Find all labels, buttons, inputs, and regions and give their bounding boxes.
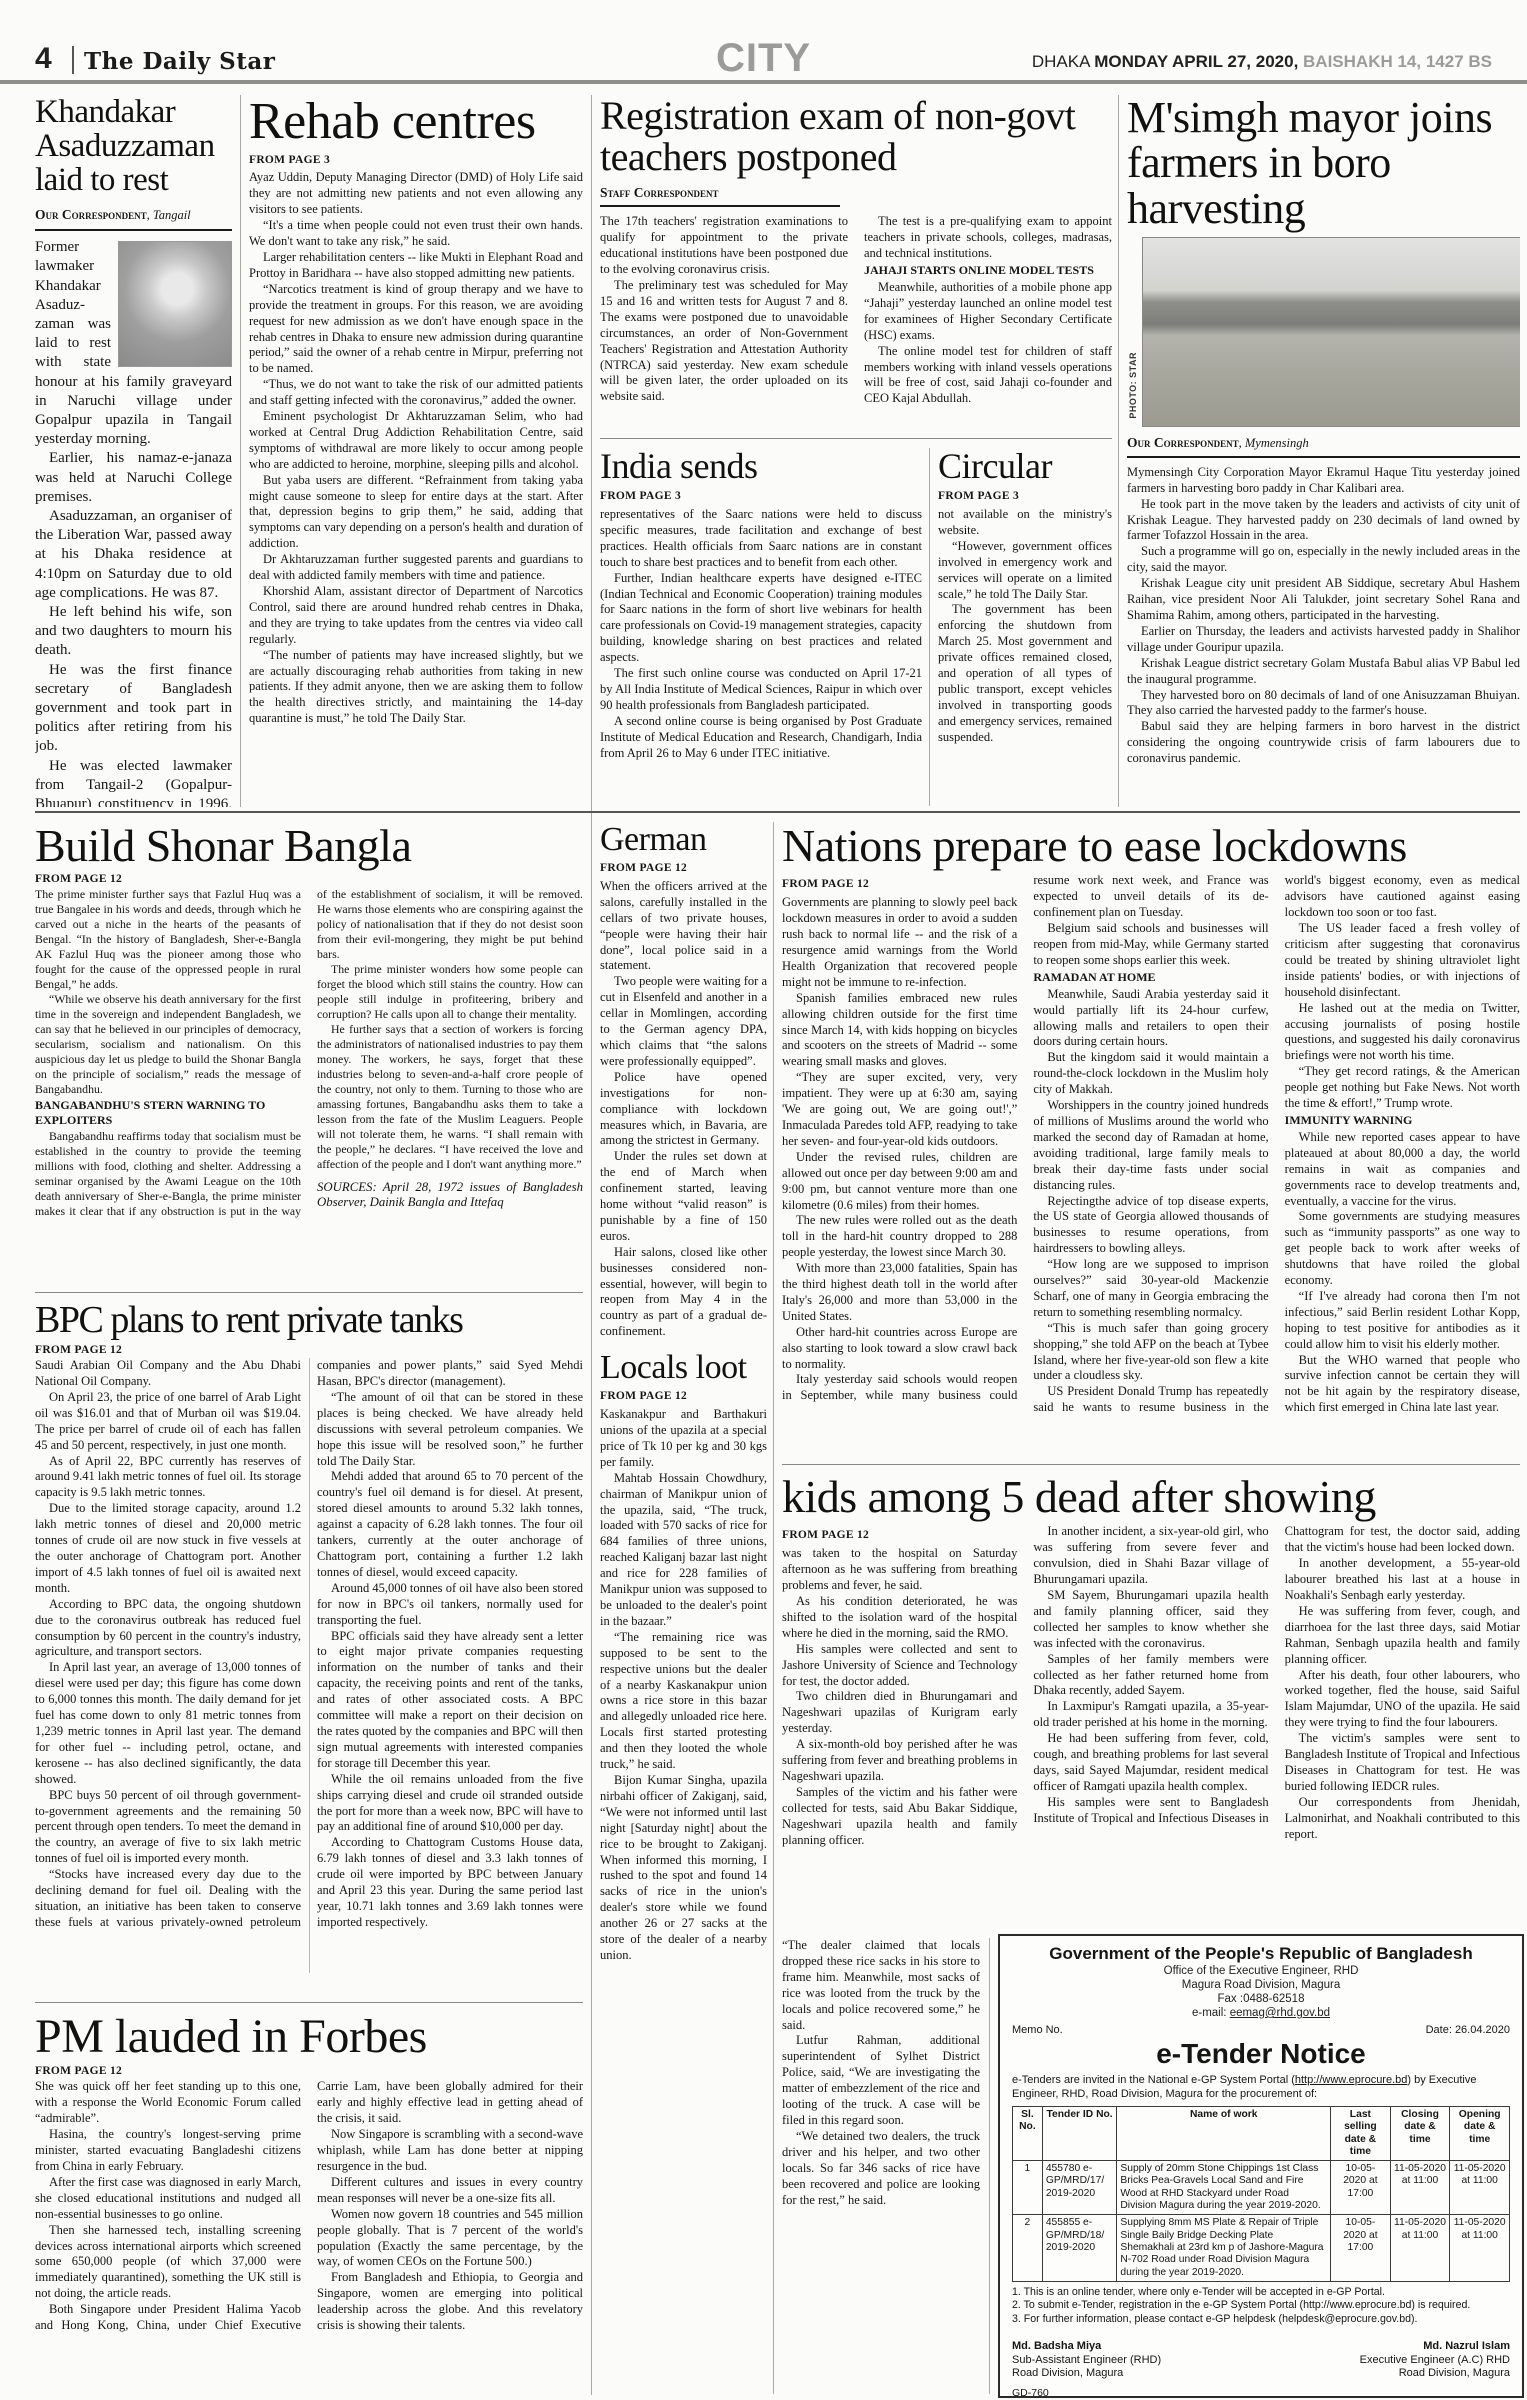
paragraph: As his condition deteriorated, he was sh… [782, 1594, 1017, 1642]
paragraph: As of April 22, BPC currently has reserv… [35, 1454, 301, 1502]
paragraph: Ayaz Uddin, Deputy Managing Director (DM… [249, 170, 583, 218]
photo-wrapper: PHOTO: STAR [1127, 237, 1520, 427]
from-page-label: FROM PAGE 3 [249, 153, 583, 169]
paragraph: The US leader faced a fresh volley of cr… [1285, 921, 1520, 1001]
article-body: representatives of the Saarc nations wer… [600, 507, 922, 762]
paragraph: Lutfur Rahman, additional superintendent… [782, 2033, 980, 2128]
paragraph: After the first case was diagnosed in ea… [35, 2175, 301, 2223]
article-pm-forbes: PM lauded in Forbes FROM PAGE 12 She was… [35, 2012, 583, 2394]
paragraph: Worshippers in the country joined hundre… [1033, 1098, 1268, 1193]
article-paragraphs: was taken to the hospital on Saturday af… [782, 1524, 1520, 1848]
paragraph: Now Singapore is scrambling with a secon… [317, 2127, 583, 2175]
article-body: Ayaz Uddin, Deputy Managing Director (DM… [249, 170, 583, 727]
paragraph: He further says that a section of worker… [317, 1022, 583, 1172]
cell-closing: 11-05-2020 at 11:00 [1390, 2161, 1450, 2215]
masthead-bar: 4 The Daily Star CITY DHAKA MONDAY APRIL… [0, 40, 1527, 84]
paragraph: Eminent psychologist Dr Akhtaruzzaman Se… [249, 409, 583, 473]
paragraph: Earlier, his namaz-e-janaza was held at … [35, 449, 232, 507]
byline-name: Our Correspondent [1127, 435, 1239, 450]
byline: Our CorrespondentTangail [35, 205, 232, 231]
paragraph: Women now govern 18 countries and 545 mi… [317, 2207, 583, 2271]
tender-division: Magura Road Division, Magura [1012, 1978, 1510, 1992]
paragraph: Dr Akhtaruzzaman further suggested paren… [249, 552, 583, 584]
cell-opening: 11-05-2020 at 11:00 [1450, 2161, 1510, 2215]
paragraph: “Narcotics treatment is kind of group th… [249, 282, 583, 377]
tender-note: 1. This is an online tender, where only … [1012, 2286, 1510, 2300]
article-subhead: BANGABANDHU'S STERN WARNING TO EXPLOITER… [35, 1098, 301, 1128]
from-page-label: FROM PAGE 12 [782, 1528, 1017, 1544]
paragraph: Then she harnessed tech, installing scre… [35, 2223, 301, 2303]
paragraph: SM Sayem, Bhurungamari upazila health an… [1033, 1588, 1268, 1652]
paragraph: Two people were waiting for a cut in Els… [600, 974, 767, 1069]
paragraph: “If I've already had corona then I'm not… [1285, 1289, 1520, 1353]
article-subhead: JAHAJI STARTS ONLINE MODEL TESTS [864, 263, 1112, 279]
paragraph: The online model test for children of st… [864, 344, 1112, 408]
paragraph: “It's a time when people could not even … [249, 218, 583, 250]
paragraph: In another incident, a six-year-old girl… [1033, 1524, 1268, 1588]
tender-title: e-Tender Notice [1012, 2038, 1510, 2070]
paragraph: The 17th teachers' registration examinat… [600, 214, 848, 278]
paragraph: Spanish families embraced new rules allo… [782, 991, 1017, 1071]
paragraph: “The number of patients may have increas… [249, 648, 583, 728]
tender-email-line: e-mail: eemag@rhd.gov.bd [1012, 2006, 1510, 2020]
paragraph: Two children died in Bhurungamari and Na… [782, 1689, 1017, 1737]
paragraph: His samples were collected and sent to J… [782, 1642, 1017, 1690]
article-nations-lockdowns: Nations prepare to ease lockdowns FROM P… [782, 822, 1520, 1460]
boro-harvesting-photo [1142, 237, 1520, 427]
from-page-label: FROM PAGE 12 [600, 1389, 767, 1405]
article-body: “The dealer claimed that locals dropped … [782, 1938, 980, 2208]
paragraph: was taken to the hospital on Saturday af… [782, 1546, 1017, 1594]
paragraph: Mahtab Hossain Chowdhury, chairman of Ma… [600, 1471, 767, 1630]
paragraph: While the oil remains unloaded from the … [317, 1772, 583, 1836]
signer-name: Md. Badsha Miya [1012, 2340, 1161, 2354]
paragraph: After his death, four other labourers, w… [1285, 1668, 1520, 1732]
cell-closing: 11-05-2020 at 11:00 [1390, 2215, 1450, 2281]
article-build-shonar-bangla: Build Shonar Bangla FROM PAGE 12 The pri… [35, 822, 583, 1284]
paragraph: not available on the ministry's website. [938, 507, 1112, 539]
article-body: The prime minister further says that Faz… [35, 887, 583, 1267]
paragraph: “They get record ratings, & the American… [1285, 1064, 1520, 1112]
paragraph: While new reported cases appear to have … [1285, 1130, 1520, 1210]
paragraph: “Thus, we do not want to take the risk o… [249, 377, 583, 409]
paragraph: He left behind his wife, son and two dau… [35, 603, 232, 661]
paragraph: The new rules were rolled out as the dea… [782, 1213, 1017, 1261]
byline-place: Tangail [147, 208, 191, 222]
dateline-bangla: BAISHAKH 14, 1427 BS [1303, 52, 1492, 71]
paragraph: Hair salons, closed like other businesse… [600, 1245, 767, 1340]
article-body: The 17th teachers' registration examinat… [600, 214, 1112, 414]
paragraph: In another development, a 55-year-old la… [1285, 1556, 1520, 1604]
from-page-label: FROM PAGE 12 [782, 877, 1017, 893]
etender-notice-ad: Government of the People's Republic of B… [998, 1934, 1524, 2398]
paragraph: From Bangladesh and Ethiopia, to Georgia… [317, 2270, 583, 2334]
paragraph: He was the first finance secretary of Ba… [35, 661, 232, 757]
paragraph: “How long are we supposed to imprison ou… [1033, 1257, 1268, 1321]
paragraph: Asaduzzaman, an organiser of the Liberat… [35, 507, 232, 603]
tender-signature-right: Md. Nazrul Islam Executive Engineer (A.C… [1360, 2340, 1510, 2398]
paragraph: The prime minister further says that Faz… [35, 887, 301, 992]
paragraph: In April last year, an average of 13,000… [35, 1660, 301, 1787]
article-kids-among-5-dead: kids among 5 dead after showing FROM PAG… [782, 1473, 1520, 1929]
paragraph: A second online course is being organise… [600, 714, 922, 762]
tender-note: 2. To submit e-Tender, registration in t… [1012, 2299, 1510, 2313]
paragraph: They harvested boro on 80 decimals of la… [1127, 688, 1520, 720]
paragraph: But yaba users are different. “Refrainme… [249, 473, 583, 553]
paragraph: BPC buys 50 percent of oil through gover… [35, 1788, 301, 1868]
paragraph: The government has been enforcing the sh… [938, 602, 1112, 745]
paragraph: Other hard-hit countries across Europe a… [782, 1325, 1017, 1373]
col-header-opening: Opening date & time [1450, 2107, 1510, 2161]
article-headline: German [600, 822, 767, 857]
column-rule [929, 448, 930, 806]
article-headline: Rehab centres [249, 95, 583, 149]
cell-opening: 11-05-2020 at 11:00 [1450, 2215, 1510, 2281]
article-locals-loot: Locals loot FROM PAGE 12 Kaskanakpur and… [600, 1350, 767, 1964]
paragraph: Larger rehabilitation centers -- like Mu… [249, 250, 583, 282]
tender-table-row: 1 455780 e-GP/MRD/17/ 2019-2020 Supply o… [1013, 2161, 1510, 2215]
article-strip-german-locals: German FROM PAGE 12 When the officers ar… [600, 822, 767, 2394]
byline-name: Our Correspondent [35, 207, 147, 222]
paragraph: Khorshid Alam, assistant director of Dep… [249, 584, 583, 648]
column-rule [1118, 95, 1119, 807]
tender-memo: Memo No. [1012, 2024, 1063, 2036]
paragraph: Police have opened investigations for no… [600, 1070, 767, 1150]
tender-date: Date: 26.04.2020 [1426, 2024, 1510, 2036]
paragraph: The preliminary test was scheduled for M… [600, 278, 848, 405]
article-headline: Locals loot [600, 1350, 767, 1385]
article-headline: Khandakar Asaduzzaman laid to rest [35, 95, 232, 197]
paragraph: Hasina, the country's longest-serving pr… [35, 2127, 301, 2175]
column-rule [773, 822, 774, 2394]
paragraph: Samples of the victim and his father wer… [782, 1785, 1017, 1849]
cell-tender-id: 455855 e-GP/MRD/18/ 2019-2020 [1042, 2215, 1117, 2281]
asaduzzaman-portrait-photo [118, 241, 232, 367]
article-headline: PM lauded in Forbes [35, 2012, 583, 2061]
byline-name: Staff Correspondent [600, 185, 718, 200]
cell-last-selling: 10-05-2020 at 17:00 [1331, 2215, 1391, 2281]
cell-name-of-work: Supplying 8mm MS Plate & Repair of Tripl… [1117, 2215, 1331, 2281]
paragraph: She was quick off her feet standing up t… [35, 2079, 301, 2127]
tender-gd-number: GD-760 [1012, 2387, 1161, 2398]
paragraph: According to BPC data, the ongoing shutd… [35, 1597, 301, 1661]
from-page-label: FROM PAGE 3 [600, 489, 922, 505]
column-rule [591, 95, 592, 2395]
article-headline: kids among 5 dead after showing [782, 1473, 1520, 1520]
paragraph: “However, government offices involved in… [938, 539, 1112, 603]
tender-portal-link[interactable]: http://www.eprocure.bd [1295, 2074, 1408, 2086]
tender-table-row: 2 455855 e-GP/MRD/18/ 2019-2020 Supplyin… [1013, 2215, 1510, 2281]
tender-intro: e-Tenders are invited in the National e-… [1012, 2074, 1510, 2101]
article-body: When the officers arrived at the salons,… [600, 879, 767, 1340]
paragraph: “The dealer claimed that locals dropped … [782, 1938, 980, 2033]
cell-tender-id: 455780 e-GP/MRD/17/ 2019-2020 [1042, 2161, 1117, 2215]
photo-credit: PHOTO: STAR [1128, 352, 1138, 419]
paragraph: On April 23, the price of one barrel of … [35, 1390, 301, 1454]
paragraph: Under the rules set down at the end of M… [600, 1149, 767, 1244]
column-rule [989, 1938, 990, 2394]
paragraph: BPC officials said they have already sen… [317, 1629, 583, 1772]
paragraph: Rejectingthe advice of top disease exper… [1033, 1194, 1268, 1258]
signer-title: Sub-Assistant Engineer (RHD) [1012, 2354, 1161, 2368]
article-headline: India sends [600, 448, 922, 485]
tender-intro-text: e-Tenders are invited in the National e-… [1012, 2074, 1295, 2086]
dateline: DHAKA MONDAY APRIL 27, 2020, BAISHAKH 14… [1032, 52, 1492, 72]
article-body: Kaskanakpur and Barthakuri unions of the… [600, 1407, 767, 1964]
sources-note: SOURCES: April 28, 1972 issues of Bangla… [317, 1180, 583, 1210]
paragraph: Governments are planning to slowly peel … [782, 895, 1017, 990]
article-subhead: IMMUNITY WARNING [1285, 1113, 1520, 1129]
tender-office: Office of the Executive Engineer, RHD [1012, 1964, 1510, 1978]
section-rule [782, 1464, 1520, 1465]
paragraph: He was suffering from fever, cough, and … [1285, 1604, 1520, 1668]
paragraph: The test is a pre-qualifying exam to app… [864, 214, 1112, 262]
article-headline: Build Shonar Bangla [35, 822, 583, 869]
paragraph: “They are super excited, very, very impa… [782, 1070, 1017, 1150]
tender-meta: Memo No. Date: 26.04.2020 [1012, 2024, 1510, 2036]
paragraph: When the officers arrived at the salons,… [600, 879, 767, 974]
tender-fax: Fax :0488-62518 [1012, 1992, 1510, 2006]
article-body: Saudi Arabian Oil Company and the Abu Dh… [35, 1358, 583, 1973]
section-rule [600, 438, 1112, 439]
col-header-name-of-work: Name of work [1117, 2107, 1331, 2161]
article-body: Mymensingh City Corporation Mayor Ekramu… [1127, 465, 1520, 767]
paragraph: Samples of her family members were colle… [1033, 1652, 1268, 1700]
article-india-sends: India sends FROM PAGE 3 representatives … [600, 448, 922, 806]
paragraph: Further, Indian healthcare experts have … [600, 571, 922, 666]
paragraph: Earlier on Thursday, the leaders and act… [1127, 624, 1520, 656]
article-locals-loot-continued: “The dealer claimed that locals dropped … [782, 1938, 980, 2394]
paragraph: He lashed out at the media on Twitter, a… [1285, 1001, 1520, 1065]
col-header-tender-id: Tender ID No. [1042, 2107, 1117, 2161]
from-page-label: FROM PAGE 12 [600, 861, 767, 877]
paragraph: The prime minister wonders how some peop… [317, 962, 583, 1022]
article-headline: Nations prepare to ease lockdowns [782, 822, 1520, 869]
paragraph: “The remaining rice was supposed to be s… [600, 1630, 767, 1773]
dateline-city: DHAKA [1032, 52, 1094, 71]
article-headline: Registration exam of non-govt teachers p… [600, 95, 1112, 177]
paragraph: representatives of the Saarc nations wer… [600, 507, 922, 571]
signer-name: Md. Nazrul Islam [1360, 2340, 1510, 2354]
article-subhead: RAMADAN AT HOME [1033, 970, 1268, 986]
byline: Our CorrespondentMymensingh [1127, 435, 1520, 458]
article-headline: Circular [938, 448, 1112, 485]
article-asaduzzaman: Khandakar Asaduzzaman laid to rest Our C… [35, 95, 232, 807]
paragraph: Different cultures and issues in every c… [317, 2175, 583, 2207]
paragraph: Meanwhile, authorities of a mobile phone… [864, 280, 1112, 344]
signer-office: Road Division, Magura [1012, 2367, 1161, 2381]
paragraph: Such a programme will go on, especially … [1127, 544, 1520, 576]
col-header-closing: Closing date & time [1390, 2107, 1450, 2161]
paragraph: Mehdi added that around 65 to 70 percent… [317, 1469, 583, 1580]
section-rule [35, 811, 1520, 813]
tender-signature-left: Md. Badsha Miya Sub-Assistant Engineer (… [1012, 2340, 1161, 2398]
paragraph: Meanwhile, Saudi Arabia yesterday said i… [1033, 987, 1268, 1051]
paragraph: Saudi Arabian Oil Company and the Abu Dh… [35, 1358, 301, 1390]
tender-table: Sl. No. Tender ID No. Name of work Last … [1012, 2106, 1510, 2282]
paragraph: A six-month-old boy perished after he wa… [782, 1737, 1017, 1785]
paragraph: He was elected lawmaker from Tangail-2 (… [35, 757, 232, 807]
article-headline: M'simgh mayor joins farmers in boro harv… [1127, 95, 1520, 231]
from-page-label: FROM PAGE 3 [938, 489, 1112, 505]
cell-name-of-work: Supply of 20mm Stone Chippings 1st Class… [1117, 2161, 1331, 2215]
tender-notes: 1. This is an online tender, where only … [1012, 2286, 1510, 2327]
paragraph: Krishak League city unit president AB Si… [1127, 576, 1520, 624]
paragraph: Around 45,000 tonnes of oil have also be… [317, 1581, 583, 1629]
article-paragraphs: Governments are planning to slowly peel … [782, 873, 1520, 1416]
paragraph: He took part in the move taken by the le… [1127, 497, 1520, 545]
col-header-sl: Sl. No. [1013, 2107, 1043, 2161]
article-msimgh-mayor: M'simgh mayor joins farmers in boro harv… [1127, 95, 1520, 807]
paragraph: With more than 23,000 fatalities, Spain … [782, 1261, 1017, 1325]
paragraph: The first such online course was conduct… [600, 666, 922, 714]
paragraph: Under the revised rules, children are al… [782, 1150, 1017, 1214]
paragraph: Some governments are studying measures s… [1285, 1209, 1520, 1289]
article-bpc-tanks: BPC plans to rent private tanks FROM PAG… [35, 1301, 583, 1995]
byline-place: Mymensingh [1239, 436, 1309, 450]
paragraph: In Laxmipur's Ramgati upazila, a 35-year… [1033, 1699, 1268, 1731]
article-circular: Circular FROM PAGE 3 not available on th… [938, 448, 1112, 806]
tender-note: 3. For further information, please conta… [1012, 2313, 1510, 2327]
paragraph: Our correspondents from Jhenidah, Lalmon… [1285, 1795, 1520, 1843]
column-rule [240, 95, 241, 807]
paragraph: He had been suffering from fever, cold, … [1033, 1731, 1268, 1795]
section-rule [35, 2002, 583, 2003]
article-registration-exam: Registration exam of non-govt teachers p… [600, 95, 1112, 433]
paragraph: But the WHO warned that people who survi… [1285, 1353, 1520, 1417]
paragraph: “We detained two dealers, the truck driv… [782, 2129, 980, 2209]
tender-email-link[interactable]: eemag@rhd.gov.bd [1230, 2007, 1330, 2019]
paragraph: “While we observe his death anniversary … [35, 992, 301, 1097]
paragraph: Babul said they are helping farmers in b… [1127, 719, 1520, 767]
article-body: not available on the ministry's website.… [938, 507, 1112, 746]
paragraph: “The amount of oil that can be stored in… [317, 1390, 583, 1470]
tender-email-label: e-mail: [1192, 2007, 1230, 2019]
dateline-date: MONDAY APRIL 27, 2020, [1094, 52, 1303, 71]
paragraph: Mymensingh City Corporation Mayor Ekramu… [1127, 465, 1520, 497]
signer-office: Road Division, Magura [1360, 2367, 1510, 2381]
tender-signatures: Md. Badsha Miya Sub-Assistant Engineer (… [1012, 2340, 1510, 2398]
paragraph: “This is much safer than going grocery s… [1033, 1321, 1268, 1385]
paragraph: Bijon Kumar Singha, upazila nirbahi offi… [600, 1773, 767, 1964]
paragraph: Due to the limited storage capacity, aro… [35, 1501, 301, 1596]
cell-last-selling: 10-05-2020 at 17:00 [1331, 2161, 1391, 2215]
cell-sl: 2 [1013, 2215, 1043, 2281]
article-german: German FROM PAGE 12 When the officers ar… [600, 822, 767, 1340]
paragraph: Krishak League district secretary Golam … [1127, 656, 1520, 688]
from-page-label: FROM PAGE 12 [35, 2065, 583, 2077]
article-body: FROM PAGE 12 was taken to the hospital o… [782, 1524, 1520, 1910]
byline: Staff Correspondent [600, 185, 840, 207]
paragraph: Kaskanakpur and Barthakuri unions of the… [600, 1407, 767, 1471]
paragraph: But the kingdom said it would maintain a… [1033, 1050, 1268, 1098]
paragraph: The victim's samples were sent to Bangla… [1285, 1731, 1520, 1795]
section-rule [35, 1292, 583, 1293]
from-page-label: FROM PAGE 12 [35, 1344, 583, 1356]
tender-table-header-row: Sl. No. Tender ID No. Name of work Last … [1013, 2107, 1510, 2161]
from-page-label: FROM PAGE 12 [35, 873, 583, 885]
signer-title: Executive Engineer (A.C) RHD [1360, 2354, 1510, 2368]
paragraph: According to Chattogram Customs House da… [317, 1835, 583, 1930]
paragraph: Belgium said schools and businesses will… [1033, 921, 1268, 969]
article-rehab-centres: Rehab centres FROM PAGE 3 Ayaz Uddin, De… [249, 95, 583, 807]
tender-government: Government of the People's Republic of B… [1012, 1944, 1510, 1964]
article-body: FROM PAGE 12 Governments are planning to… [782, 873, 1520, 1443]
col-header-last-selling: Last selling date & time [1331, 2107, 1391, 2161]
article-body: She was quick off her feet standing up t… [35, 2079, 583, 2375]
article-headline: BPC plans to rent private tanks [35, 1301, 583, 1340]
cell-sl: 1 [1013, 2161, 1043, 2215]
